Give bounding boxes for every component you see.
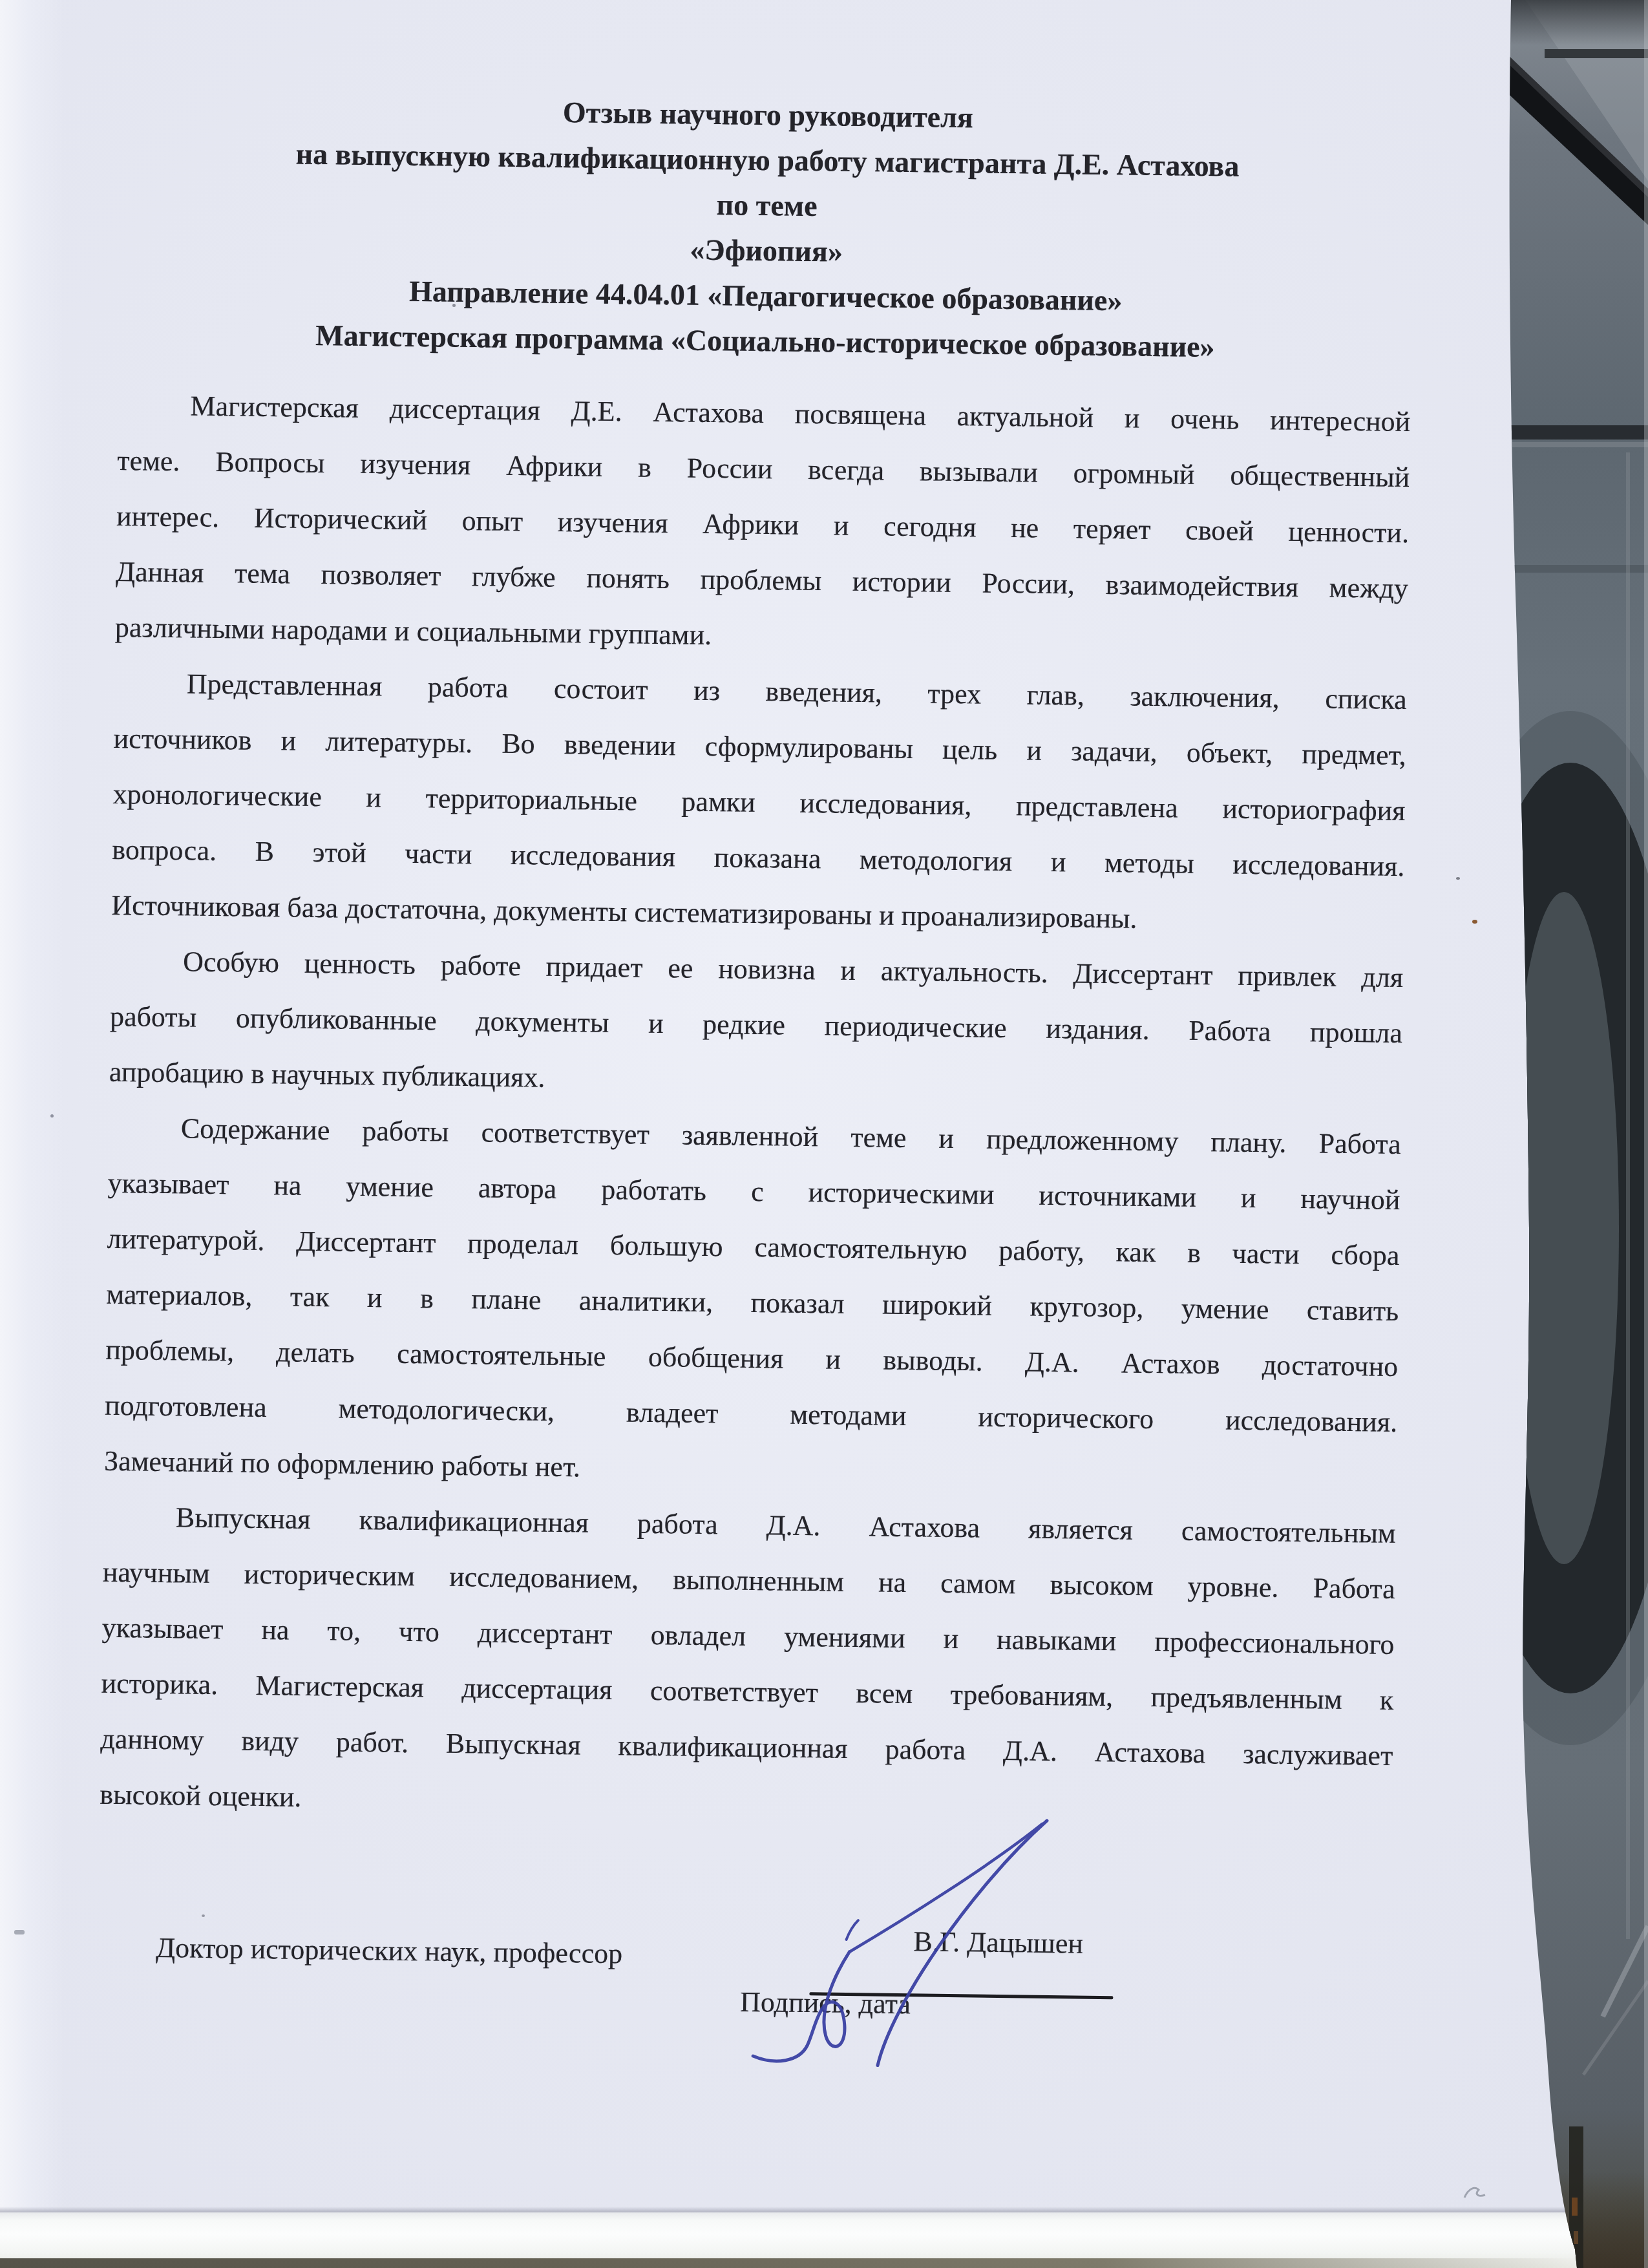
dark-streak	[1569, 2126, 1583, 2268]
dust-speck	[1472, 920, 1477, 924]
paragraph: Представленная работа состоит из введени…	[111, 655, 1407, 950]
dust-speck	[202, 1914, 205, 1917]
seam-line-faint	[1499, 565, 1648, 573]
paragraph: Магистерская диссертация Д.Е. Астахова п…	[114, 377, 1410, 672]
document-body: Магистерская диссертация Д.Е. Астахова п…	[100, 377, 1411, 1839]
paragraph: Содержание работы соответствует заявленн…	[104, 1100, 1402, 1506]
shelf-line	[1545, 49, 1648, 58]
paper-bottom-edge	[0, 2207, 1577, 2212]
document-content: Отзыв научного руководителя на выпускную…	[94, 84, 1415, 2221]
rust-fleck	[1572, 2198, 1578, 2216]
seam-line	[1499, 425, 1648, 440]
paragraph: Особую ценность работе придает ее новизн…	[109, 933, 1403, 1117]
scanner-bed-shadow	[0, 2258, 1577, 2268]
edge-highlight	[1644, 0, 1648, 2268]
paper-sheet: Отзыв научного руководителя на выпускную…	[0, 0, 1648, 2268]
dust-speck	[14, 1930, 25, 1934]
chair-wheel-hub	[1509, 892, 1619, 1564]
rust-fleck	[1574, 2231, 1578, 2244]
dust-speck	[50, 1114, 54, 1118]
scanner-background	[1486, 0, 1648, 2268]
dust-speck	[1456, 877, 1460, 880]
handwritten-signature	[665, 1810, 1056, 2074]
panel-highlight	[1626, 452, 1630, 1939]
signature-degree-label: Доктор исторических наук, профессор	[156, 1929, 623, 1973]
dust-speck	[452, 304, 456, 307]
document-title: Отзыв научного руководителя на выпускную…	[119, 84, 1415, 372]
paragraph: Выпускная квалификационная работа Д.А. А…	[100, 1489, 1397, 1839]
seam-ridge	[1499, 442, 1648, 447]
